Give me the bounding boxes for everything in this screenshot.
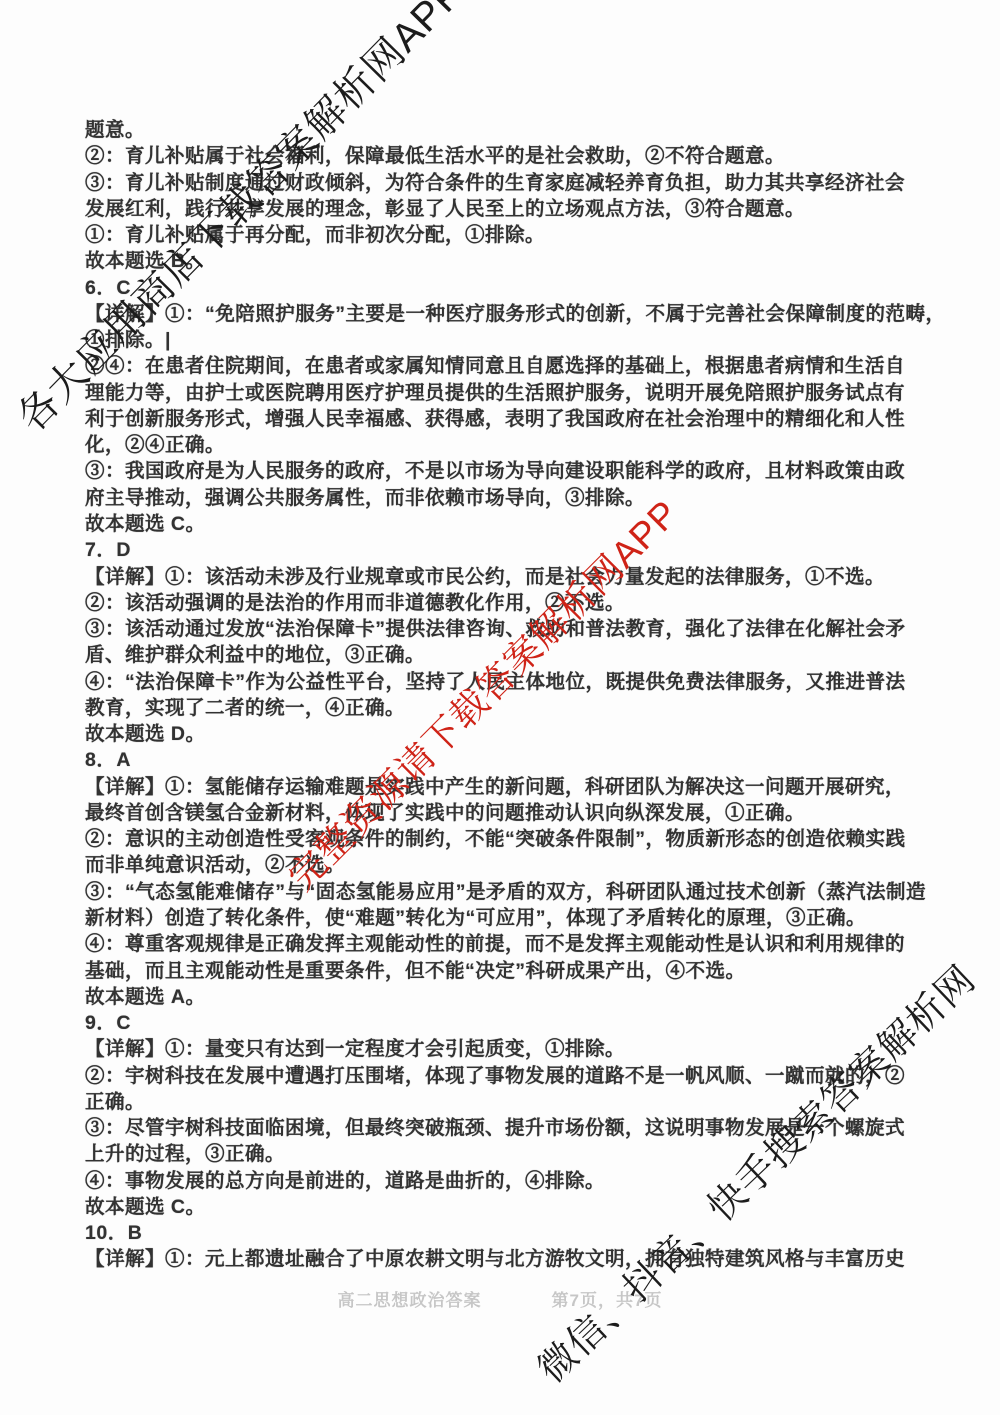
text-line: ①：育儿补贴属于再分配，而非初次分配，①排除。 xyxy=(85,222,917,248)
text-line: 【详解】①：氢能储存运输难题是实践中产生的新问题，科研团队为解决这一问题开展研究… xyxy=(85,774,917,800)
answer-text-block: 题意。 ②：育儿补贴属于社会福利，保障最低生活水平的是社会救助，②不符合题意。 … xyxy=(85,117,917,1273)
text-line: 新材料）创造了转化条件，使“难题”转化为“可应用”，体现了矛盾转化的原理，③正确… xyxy=(85,905,917,931)
text-line: ③：“气态氢能难储存”与“固态氢能易应用”是矛盾的双方，科研团队通过技术创新（蒸… xyxy=(85,879,917,905)
text-line: 理能力等，由护士或医院聘用医疗护理员提供的生活照护服务，说明开展免陪照护服务试点… xyxy=(85,380,917,406)
question-number-line: 9．C xyxy=(85,1010,917,1036)
text-line: ③：育儿补贴制度通过财政倾斜，为符合条件的生育家庭减轻养育负担，助力其共享经济社… xyxy=(85,170,917,196)
text-line: 而非单纯意识活动，②不选。 xyxy=(85,852,917,878)
text-line: 基础，而且主观能动性是重要条件，但不能“决定”科研成果产出，④不选。 xyxy=(85,958,917,984)
text-line: ④：“法治保障卡”作为公益性平台，坚持了人民主体地位，既提供免费法律服务，又推进… xyxy=(85,669,917,695)
text-line: 故本题选 C。 xyxy=(85,511,917,537)
question-number-line: 8．A xyxy=(85,747,917,773)
text-line: ②：育儿补贴属于社会福利，保障最低生活水平的是社会救助，②不符合题意。 xyxy=(85,143,917,169)
text-line: 【详解】①：元上都遗址融合了中原农耕文明与北方游牧文明，拥有独特建筑风格与丰富历… xyxy=(85,1246,917,1272)
text-line: 府主导推动，强调公共服务属性，而非依赖市场导向，③排除。 xyxy=(85,485,917,511)
text-line: 故本题选 D。 xyxy=(85,721,917,747)
text-line: 化，②④正确。 xyxy=(85,432,917,458)
document-page: 题意。 ②：育儿补贴属于社会福利，保障最低生活水平的是社会救助，②不符合题意。 … xyxy=(0,0,1000,1415)
text-line: ②④：在患者住院期间，在患者或家属知情同意且自愿选择的基础上，根据患者病情和生活… xyxy=(85,353,917,379)
text-line: 正确。 xyxy=(85,1089,917,1115)
text-line: ④：事物发展的总方向是前进的，道路是曲折的，④排除。 xyxy=(85,1168,917,1194)
text-line: ④：尊重客观规律是正确发挥主观能动性的前提，而不是发挥主观能动性是认识和利用规律… xyxy=(85,931,917,957)
text-line: 最终首创含镁氢合金新材料，体现了实践中的问题推动认识向纵深发展，①正确。 xyxy=(85,800,917,826)
text-line: 发展红利，践行共享发展的理念，彰显了人民至上的立场观点方法，③符合题意。 xyxy=(85,196,917,222)
text-line: 【详解】①：量变只有达到一定程度才会引起质变，①排除。 xyxy=(85,1036,917,1062)
text-line: ③：该活动通过发放“法治保障卡”提供法律咨询、救助和普法教育，强化了法律在化解社… xyxy=(85,616,917,642)
text-line: 教育，实现了二者的统一，④正确。 xyxy=(85,695,917,721)
text-line: ②：意识的主动创造性受客观条件的制约，不能“突破条件限制”，物质新形态的创造依赖… xyxy=(85,826,917,852)
text-line: ③：尽管宇树科技面临困境，但最终突破瓶颈、提升市场份额，这说明事物发展是一个螺旋… xyxy=(85,1115,917,1141)
text-line: 利于创新服务形式，增强人民幸福感、获得感，表明了我国政府在社会治理中的精细化和人… xyxy=(85,406,917,432)
text-line: 故本题选 A。 xyxy=(85,984,917,1010)
text-line: 盾、维护群众利益中的地位，③正确。 xyxy=(85,642,917,668)
text-line: 上升的过程，③正确。 xyxy=(85,1141,917,1167)
question-number-line: 7．D xyxy=(85,537,917,563)
text-line: 题意。 xyxy=(85,117,917,143)
question-number-line: 10．B xyxy=(85,1220,917,1246)
footer-page-indicator: 第7页，共7页 xyxy=(552,1286,663,1311)
page-footer: 高二思想政治答案 第7页，共7页 xyxy=(85,1286,915,1311)
footer-doc-title: 高二思想政治答案 xyxy=(338,1286,482,1311)
text-line: 故本题选 C。 xyxy=(85,1194,917,1220)
text-line: 【详解】①：该活动未涉及行业规章或市民公约，而是社会力量发起的法律服务，①不选。 xyxy=(85,564,917,590)
text-line: ②：宇树科技在发展中遭遇打压围堵，体现了事物发展的道路不是一帆风顺、一蹴而就的，… xyxy=(85,1063,917,1089)
text-line: 故本题选 B。 xyxy=(85,248,917,274)
question-number-line: 6．C xyxy=(85,275,917,301)
text-line: ③：我国政府是为人民服务的政府，不是以市场为导向建设职能科学的政府，且材料政策由… xyxy=(85,458,917,484)
text-line: 【详解】①：“免陪照护服务”主要是一种医疗服务形式的创新，不属于完善社会保障制度… xyxy=(85,301,917,327)
text-line: ①排除。| xyxy=(85,327,917,353)
text-line: ②：该活动强调的是法治的作用而非道德教化作用，②不选。 xyxy=(85,590,917,616)
